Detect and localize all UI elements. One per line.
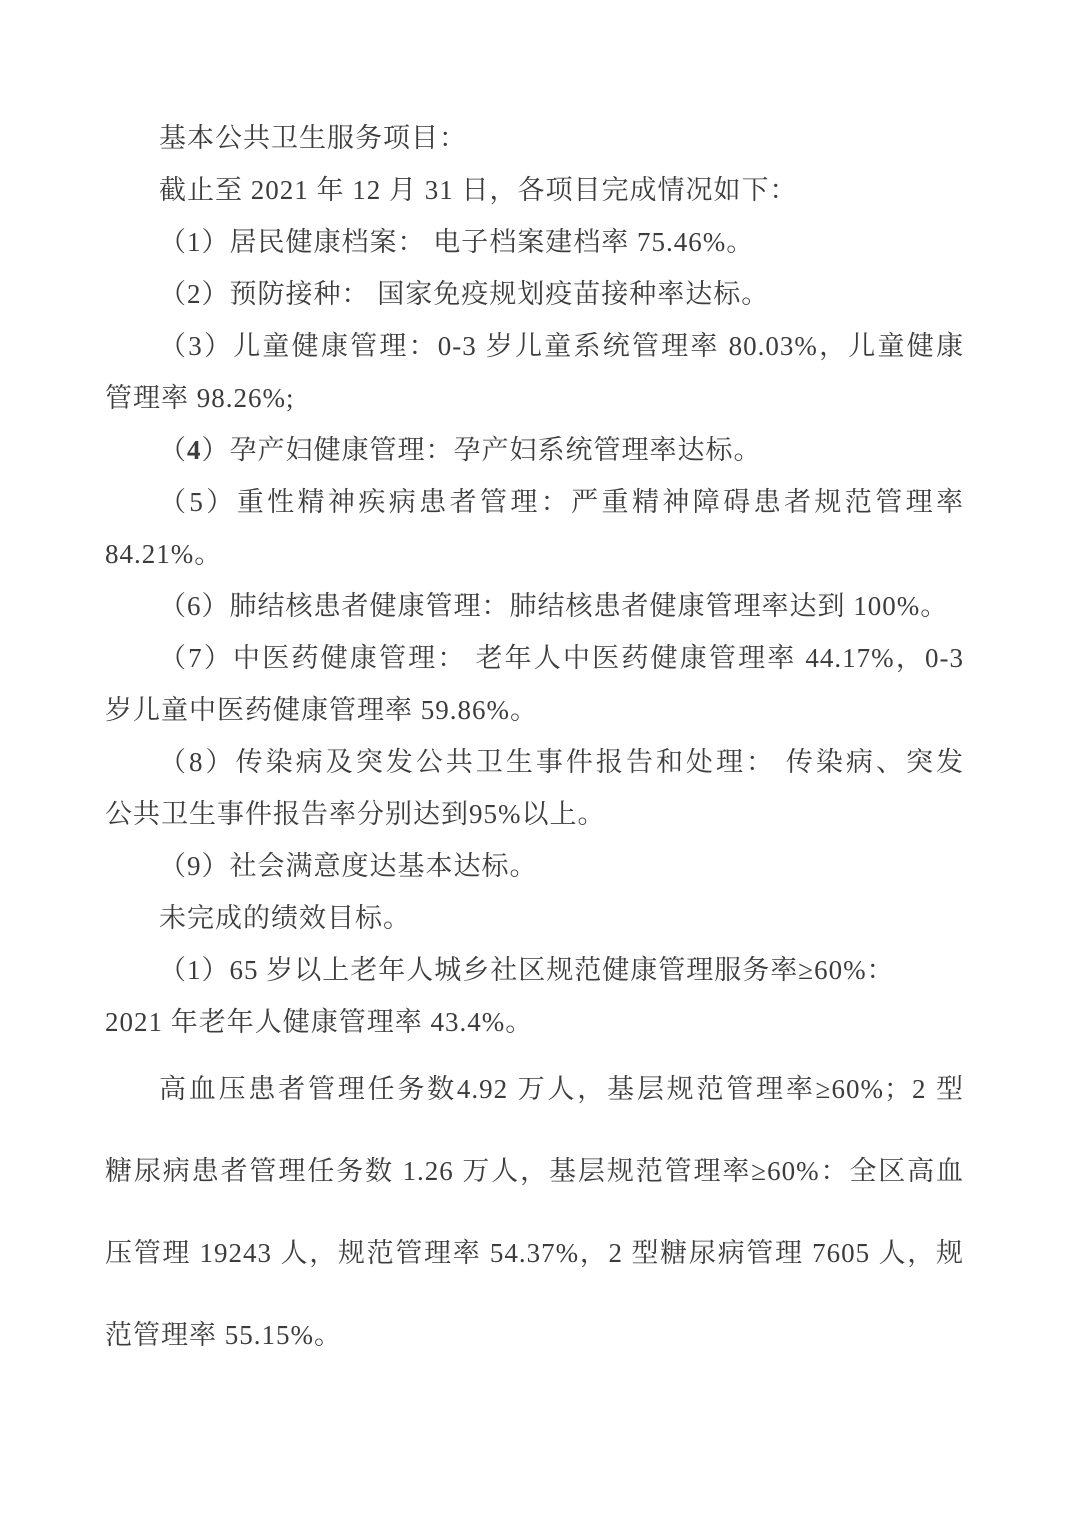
text-line: 管理率 98.26%; — [105, 372, 964, 424]
para-item-1: （1）居民健康档案： 电子档案建档率 75.46%。 — [105, 216, 964, 268]
text-line: （6）肺结核患者健康管理：肺结核患者健康管理率达到 100%。 — [105, 580, 964, 632]
document-page: 基本公共卫生服务项目：截止至 2021 年 12 月 31 日，各项目完成情况如… — [0, 0, 1074, 1518]
text-segment: 未完成的绩效目标。 — [159, 903, 411, 933]
para-item-9: （9）社会满意度达基本达标。 — [105, 840, 964, 892]
text-line: 压管理 19243 人，规范管理率 54.37%，2 型糖尿病管理 7605 人… — [105, 1212, 964, 1294]
para-item-7: （7）中医药健康管理： 老年人中医药健康管理率 44.17%，0-3岁儿童中医药… — [105, 632, 964, 736]
text-segment: 2021 年老年人健康管理率 43.4%。 — [105, 1007, 533, 1037]
text-segment: 截止至 2021 年 12 月 31 日，各项目完成情况如下： — [159, 175, 798, 205]
para-item-3: （3）儿童健康管理：0-3 岁儿童系统管理率 80.03%，儿童健康管理率 98… — [105, 320, 964, 424]
text-line: 基本公共卫生服务项目： — [105, 112, 964, 164]
text-segment: （5）重性精神疾病患者管理：严重精神障碍患者规范管理率 — [159, 487, 964, 517]
bold-numeral: 4 — [187, 435, 202, 465]
text-segment: 岁儿童中医药健康管理率 59.86%。 — [105, 695, 538, 725]
para-item-6: （6）肺结核患者健康管理：肺结核患者健康管理率达到 100%。 — [105, 580, 964, 632]
text-line: 岁儿童中医药健康管理率 59.86%。 — [105, 684, 964, 736]
text-line: 范管理率 55.15%。 — [105, 1294, 964, 1376]
text-segment: （1）65 岁以上老年人城乡社区规范健康管理服务率≥60%： — [159, 955, 895, 985]
text-line: （2）预防接种： 国家免疫规划疫苗接种率达标。 — [105, 268, 964, 320]
text-line: 84.21%。 — [105, 528, 964, 580]
text-segment: （2）预防接种： 国家免疫规划疫苗接种率达标。 — [159, 279, 769, 309]
para-unfinished-goals: 未完成的绩效目标。 — [105, 892, 964, 944]
document-body: 基本公共卫生服务项目：截止至 2021 年 12 月 31 日，各项目完成情况如… — [105, 112, 964, 1376]
para-item-2: （2）预防接种： 国家免疫规划疫苗接种率达标。 — [105, 268, 964, 320]
text-line: 公共卫生事件报告率分别达到95%以上。 — [105, 788, 964, 840]
text-line: （1）65 岁以上老年人城乡社区规范健康管理服务率≥60%： — [105, 944, 964, 996]
text-line: 截止至 2021 年 12 月 31 日，各项目完成情况如下： — [105, 164, 964, 216]
text-segment: 糖尿病患者管理任务数 1.26 万人，基层规范管理率≥60%：全区高血 — [105, 1156, 964, 1186]
text-line: 高血压患者管理任务数4.92 万人，基层规范管理率≥60%；2 型 — [105, 1048, 964, 1130]
text-segment: 管理率 98.26%; — [105, 383, 295, 413]
text-line: （8）传染病及突发公共卫生事件报告和处理： 传染病、突发 — [105, 736, 964, 788]
text-line: 2021 年老年人健康管理率 43.4%。 — [105, 996, 964, 1048]
text-segment: （8）传染病及突发公共卫生事件报告和处理： 传染病、突发 — [159, 747, 964, 777]
para-goal-2: 高血压患者管理任务数4.92 万人，基层规范管理率≥60%；2 型糖尿病患者管理… — [105, 1048, 964, 1376]
text-line: 糖尿病患者管理任务数 1.26 万人，基层规范管理率≥60%：全区高血 — [105, 1130, 964, 1212]
text-line: （5）重性精神疾病患者管理：严重精神障碍患者规范管理率 — [105, 476, 964, 528]
text-segment: 84.21%。 — [105, 539, 222, 569]
text-line: （1）居民健康档案： 电子档案建档率 75.46%。 — [105, 216, 964, 268]
text-segment: 高血压患者管理任务数4.92 万人，基层规范管理率≥60%；2 型 — [159, 1074, 964, 1104]
text-segment: ）孕产妇健康管理：孕产妇系统管理率达标。 — [202, 435, 762, 465]
text-segment: 压管理 19243 人，规范管理率 54.37%，2 型糖尿病管理 7605 人… — [105, 1238, 964, 1268]
para-goal-1: （1）65 岁以上老年人城乡社区规范健康管理服务率≥60%：2021 年老年人健… — [105, 944, 964, 1048]
text-segment: 基本公共卫生服务项目： — [159, 123, 467, 153]
text-segment: （3）儿童健康管理：0-3 岁儿童系统管理率 80.03%，儿童健康 — [159, 331, 964, 361]
text-segment: 范管理率 55.15%。 — [105, 1320, 342, 1350]
text-segment: 公共卫生事件报告率分别达到95%以上。 — [105, 799, 606, 829]
para-item-4: （4）孕产妇健康管理：孕产妇系统管理率达标。 — [105, 424, 964, 476]
para-title: 基本公共卫生服务项目： — [105, 112, 964, 164]
text-line: （7）中医药健康管理： 老年人中医药健康管理率 44.17%，0-3 — [105, 632, 964, 684]
text-segment: （9）社会满意度达基本达标。 — [159, 851, 538, 881]
para-intro: 截止至 2021 年 12 月 31 日，各项目完成情况如下： — [105, 164, 964, 216]
text-segment: （ — [159, 435, 187, 465]
text-segment: （6）肺结核患者健康管理：肺结核患者健康管理率达到 100%。 — [159, 591, 948, 621]
text-line: 未完成的绩效目标。 — [105, 892, 964, 944]
para-item-5: （5）重性精神疾病患者管理：严重精神障碍患者规范管理率84.21%。 — [105, 476, 964, 580]
text-line: （9）社会满意度达基本达标。 — [105, 840, 964, 892]
para-item-8: （8）传染病及突发公共卫生事件报告和处理： 传染病、突发公共卫生事件报告率分别达… — [105, 736, 964, 840]
text-segment: （1）居民健康档案： 电子档案建档率 75.46%。 — [159, 227, 754, 257]
text-segment: （7）中医药健康管理： 老年人中医药健康管理率 44.17%，0-3 — [159, 643, 964, 673]
text-line: （3）儿童健康管理：0-3 岁儿童系统管理率 80.03%，儿童健康 — [105, 320, 964, 372]
text-line: （4）孕产妇健康管理：孕产妇系统管理率达标。 — [105, 424, 964, 476]
